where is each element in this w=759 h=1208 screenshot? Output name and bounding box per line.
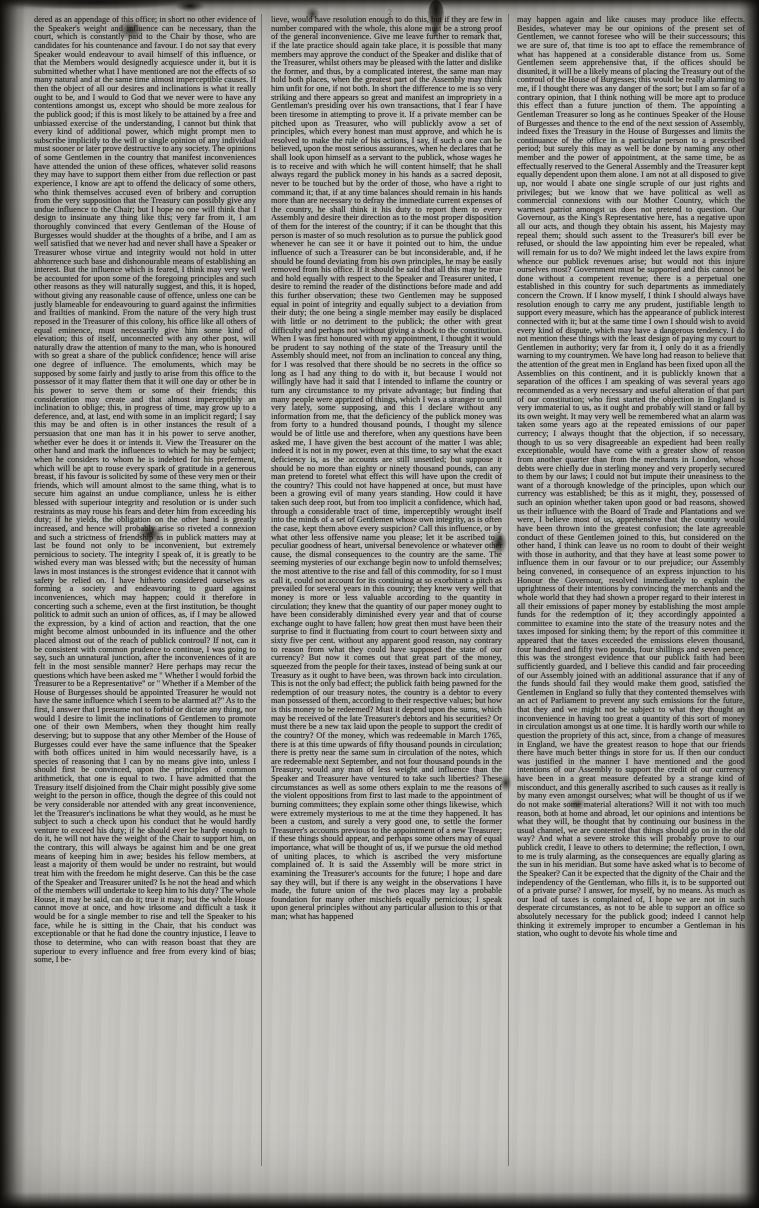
scan-border-left <box>0 0 26 1208</box>
scan-border-bottom <box>0 1192 759 1208</box>
text-column-3: may happen again and like causes may pro… <box>517 16 745 1168</box>
scanned-document-page: 2 dered as an appendage of this office; … <box>0 0 759 1208</box>
text-column-2: lieve, would have resolution enough to d… <box>271 16 502 1168</box>
text-column-1: dered as an appendage of this office; in… <box>34 16 256 1168</box>
column-rule-left <box>261 14 262 1166</box>
scan-smudge-top-left <box>0 0 210 14</box>
column-rule-right <box>508 14 509 1166</box>
ink-smudge <box>175 0 205 12</box>
scan-border-top <box>0 0 759 10</box>
